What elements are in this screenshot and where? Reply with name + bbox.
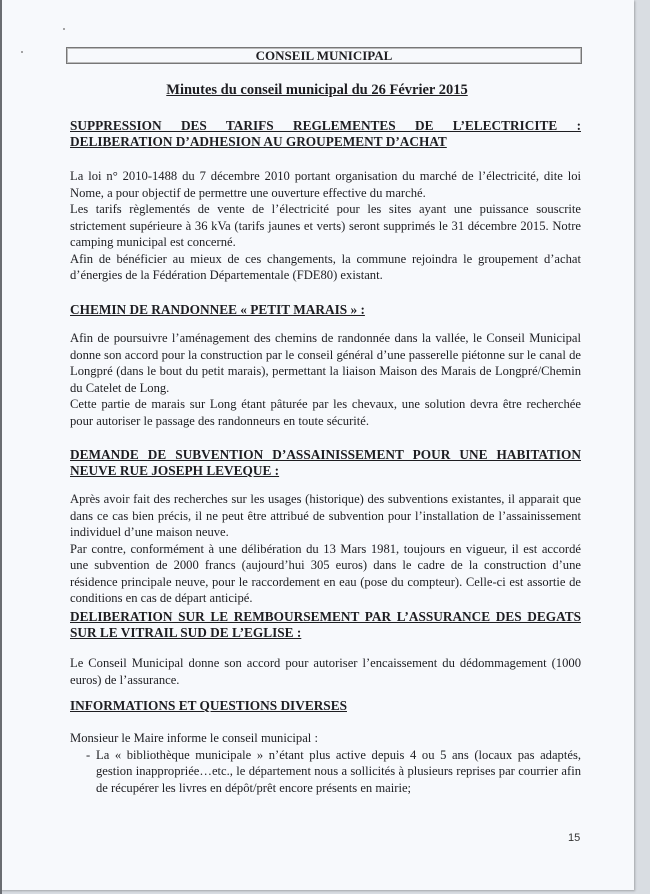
scan-speck xyxy=(63,28,65,30)
scan-edge xyxy=(0,0,2,894)
paragraph: Les tarifs règlementés de vente de l’éle… xyxy=(70,201,581,251)
section-sanitation-subsidy-body: Après avoir fait des recherches sur les … xyxy=(70,491,581,607)
paragraph: Après avoir fait des recherches sur les … xyxy=(70,491,581,541)
paragraph: Par contre, conformément à une délibérat… xyxy=(70,541,581,607)
section-heading: CHEMIN DE RANDONNEE « PETIT MARAIS » : xyxy=(70,302,581,318)
section-misc-information-body: Monsieur le Maire informe le conseil mun… xyxy=(70,730,581,796)
document-page: CONSEIL MUNICIPAL Minutes du conseil mun… xyxy=(0,0,634,890)
document-title: Minutes du conseil municipal du 26 Févri… xyxy=(0,82,634,99)
section-electricity-body: La loi n° 2010-1488 du 7 décembre 2010 p… xyxy=(70,168,581,284)
paragraph: Afin de bénéficier au mieux de ces chang… xyxy=(70,251,581,284)
section-sanitation-subsidy: DEMANDE DE SUBVENTION D’ASSAINISSEMENT P… xyxy=(70,447,581,479)
section-heading: INFORMATIONS ET QUESTIONS DIVERSES xyxy=(70,698,581,714)
section-heading: SUPPRESSION DES TARIFS REGLEMENTES DE L’… xyxy=(70,118,581,150)
bullet-dash: - xyxy=(70,747,96,797)
paragraph: Afin de poursuivre l’aménagement des che… xyxy=(70,330,581,396)
section-heading: DEMANDE DE SUBVENTION D’ASSAINISSEMENT P… xyxy=(70,447,581,479)
list-item-text: La « bibliothèque municipale » n’étant p… xyxy=(96,747,581,797)
scan-speck xyxy=(21,51,23,53)
paragraph: Le Conseil Municipal donne son accord po… xyxy=(70,655,581,688)
paragraph: La loi n° 2010-1488 du 7 décembre 2010 p… xyxy=(70,168,581,201)
paragraph-intro: Monsieur le Maire informe le conseil mun… xyxy=(70,730,581,747)
page-number: 15 xyxy=(568,832,580,844)
section-misc-information: INFORMATIONS ET QUESTIONS DIVERSES xyxy=(70,698,581,714)
paragraph: Cette partie de marais sur Long étant pâ… xyxy=(70,396,581,429)
section-heading: DELIBERATION SUR LE REMBOURSEMENT PAR L’… xyxy=(70,609,581,641)
section-insurance-reimbursement-body: Le Conseil Municipal donne son accord po… xyxy=(70,655,581,688)
council-header-box: CONSEIL MUNICIPAL xyxy=(66,47,582,64)
section-electricity: SUPPRESSION DES TARIFS REGLEMENTES DE L’… xyxy=(70,118,581,150)
section-hiking-trail: CHEMIN DE RANDONNEE « PETIT MARAIS » : xyxy=(70,302,581,318)
list-item: - La « bibliothèque municipale » n’étant… xyxy=(70,747,581,797)
section-insurance-reimbursement: DELIBERATION SUR LE REMBOURSEMENT PAR L’… xyxy=(70,609,581,641)
section-hiking-trail-body: Afin de poursuivre l’aménagement des che… xyxy=(70,330,581,429)
